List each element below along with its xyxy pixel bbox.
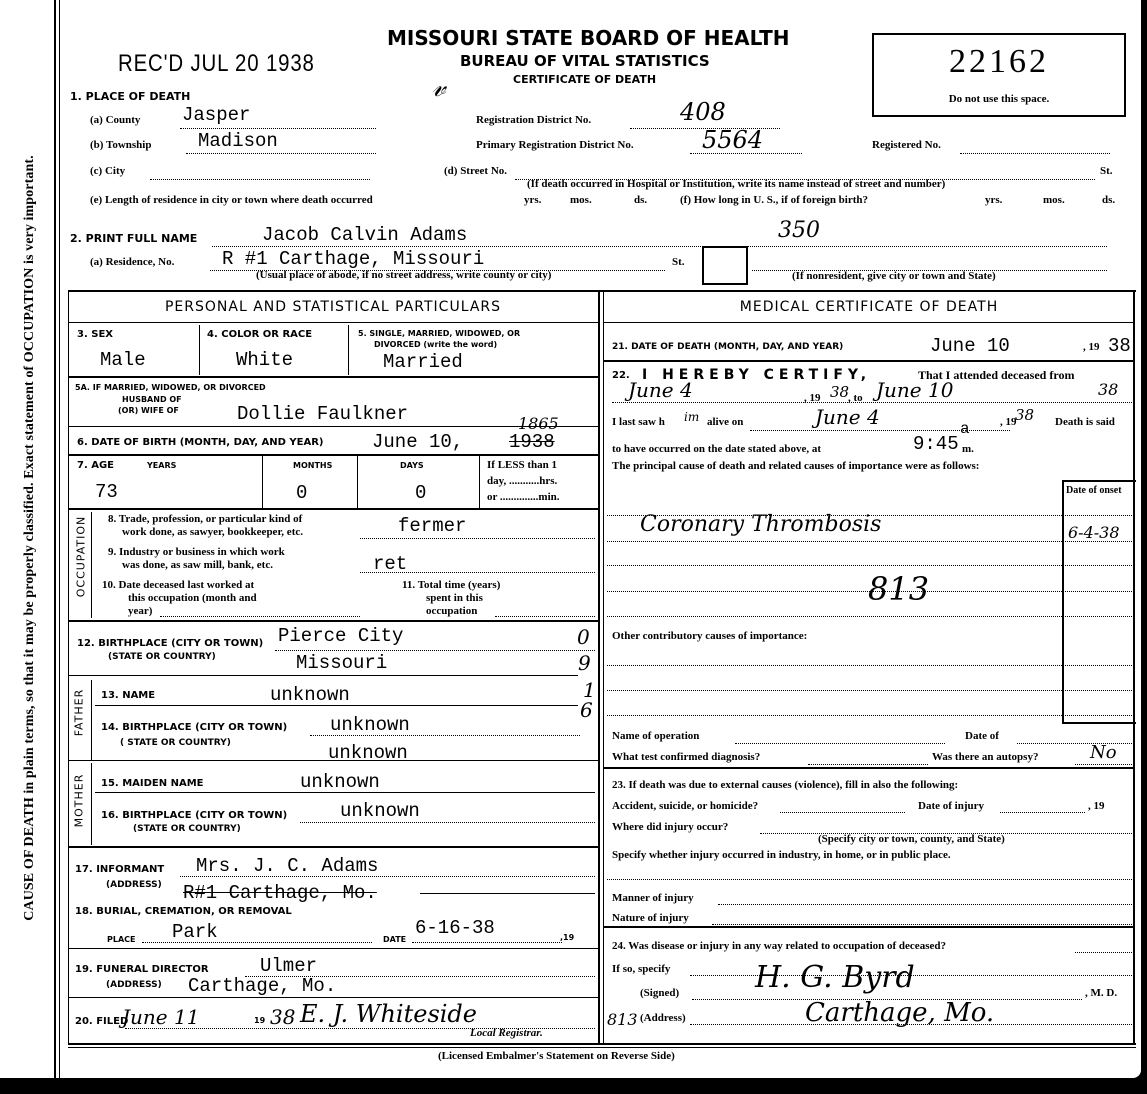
- industry-value[interactable]: ret: [373, 553, 407, 575]
- injury-where-label: Where did injury occur?: [612, 821, 728, 833]
- marital-label: 5. SINGLE, MARRIED, WIDOWED, OR: [358, 329, 520, 338]
- physician-address-value[interactable]: Carthage, Mo.: [805, 998, 994, 1028]
- years-label: YEARS: [147, 461, 176, 470]
- margin-code-9: 9: [578, 651, 591, 675]
- injury-specify-label: Specify whether injury occurred in indus…: [612, 849, 951, 861]
- registered-no-line: [960, 153, 1110, 154]
- county-value[interactable]: Jasper: [182, 104, 250, 126]
- spouse-value[interactable]: Dollie Faulkner: [237, 403, 408, 425]
- less-than-label: If LESS than 1: [487, 459, 557, 471]
- township-line: [186, 153, 376, 154]
- trade-label-2: work done, as sawyer, bookkeeper, etc.: [122, 526, 303, 538]
- mother-birthplace-city[interactable]: unknown: [340, 800, 420, 822]
- date-of-death-value[interactable]: June 10: [930, 335, 1010, 357]
- divider: [91, 512, 92, 618]
- margin-code-813: 813: [607, 1010, 638, 1029]
- divider: [604, 767, 1134, 769]
- funeral-address-label: (ADDRESS): [106, 980, 162, 990]
- street-note: (If death occurred in Hospital or Instit…: [527, 178, 945, 190]
- registration-district-value[interactable]: 408: [680, 98, 726, 126]
- onset-date-value[interactable]: 6-4-38: [1068, 523, 1120, 542]
- total-time-label-2: spent in this: [426, 592, 483, 604]
- last-worked-label-2: this occupation (month and: [128, 592, 257, 604]
- column-divider-inner: [603, 290, 604, 1045]
- father-birthplace-label: 14. BIRTHPLACE (CITY OR TOWN): [101, 722, 287, 733]
- foreign-mos-label: mos.: [1043, 194, 1065, 206]
- other-cause-line-1: [607, 665, 1132, 666]
- divider: [604, 322, 1134, 323]
- occupation-related-label: 24. Was disease or injury in any way rel…: [612, 940, 946, 952]
- injury-specify-line: [607, 879, 1132, 880]
- other-cause-line-2: [607, 690, 1132, 691]
- divider: [262, 456, 263, 508]
- injury-where-note: (Specify city or town, county, and State…: [818, 833, 1005, 845]
- divider: [199, 325, 200, 375]
- md-label: , M. D.: [1085, 987, 1117, 999]
- township-value[interactable]: Madison: [198, 130, 278, 152]
- father-name-label: 13. NAME: [101, 690, 155, 701]
- marital-label-2: DIVORCED (write the word): [374, 340, 497, 349]
- birthplace-label: 12. BIRTHPLACE (CITY OR TOWN): [77, 638, 263, 649]
- mother-maiden-label: 15. MAIDEN NAME: [101, 778, 203, 789]
- burial-place-value[interactable]: Park: [172, 921, 218, 943]
- onset-header: Date of onset: [1066, 485, 1122, 496]
- margin-code-6: 6: [580, 698, 593, 722]
- operation-label: Name of operation: [612, 730, 699, 742]
- informant-label: 17. INFORMANT: [75, 864, 164, 875]
- last-worked-label: 10. Date deceased last worked at: [102, 579, 254, 591]
- total-time-label: 11. Total time (years): [402, 579, 500, 591]
- place-of-death-label: 1. PLACE OF DEATH: [70, 90, 190, 103]
- last-worked-line: [160, 616, 360, 617]
- father-vertical-label: FATHER: [73, 678, 86, 748]
- burial-place-label: PLACE: [107, 935, 136, 944]
- manner-line: [718, 904, 1132, 905]
- street-label: (d) Street No.: [444, 165, 507, 177]
- street-suffix: St.: [1100, 165, 1113, 177]
- funeral-address-value[interactable]: Carthage, Mo.: [188, 975, 336, 997]
- injury-date-label: Date of injury: [918, 800, 984, 812]
- form-title: MISSOURI STATE BOARD OF HEALTH: [387, 26, 789, 50]
- residence-label: (a) Residence, No.: [90, 256, 174, 268]
- handwritten-check-mark: 𝓋: [432, 70, 446, 104]
- funeral-director-label: 19. FUNERAL DIRECTOR: [75, 964, 209, 975]
- occupation-related-line: [1075, 952, 1132, 953]
- last-saw-pronoun[interactable]: im: [684, 410, 699, 424]
- attended-line: [612, 402, 1132, 403]
- foreign-ds-label: ds.: [1102, 194, 1115, 206]
- filed-year-value[interactable]: 38: [270, 1005, 295, 1029]
- column-divider-outer: [598, 290, 600, 1045]
- informant-address-value[interactable]: R#1 Carthage, Mo.: [183, 882, 377, 904]
- filed-date-value[interactable]: June 11: [122, 1005, 199, 1029]
- divider: [68, 620, 598, 622]
- full-name-value[interactable]: Jacob Calvin Adams: [262, 224, 467, 246]
- funeral-director-value[interactable]: Ulmer: [260, 955, 317, 977]
- divider: [68, 1047, 1136, 1048]
- registered-no-label: Registered No.: [872, 139, 941, 151]
- physician-address-label: (Address): [640, 1012, 686, 1024]
- father-birthplace-city[interactable]: unknown: [330, 714, 410, 736]
- margin-code-0: 0: [577, 625, 590, 649]
- registrar-label: Local Registrar.: [470, 1027, 543, 1039]
- burial-label: 18. BURIAL, CREMATION, OR REMOVAL: [75, 906, 292, 917]
- autopsy-value[interactable]: No: [1090, 742, 1117, 763]
- spouse-label: 5A. IF MARRIED, WIDOWED, OR DIVORCED: [75, 383, 266, 392]
- attended-to-label: , to: [848, 392, 863, 404]
- nonresident-note: (If nonresident, give city or town and S…: [792, 270, 996, 282]
- last-saw-label: I last saw h: [612, 416, 665, 428]
- age-months-value[interactable]: 0: [296, 482, 307, 504]
- form-subtitle: BUREAU OF VITAL STATISTICS: [460, 52, 710, 70]
- main-grid-bottom: [68, 1043, 1136, 1045]
- race-value[interactable]: White: [236, 349, 293, 371]
- left-grid-border: [68, 290, 69, 1045]
- primary-registration-value[interactable]: 5564: [702, 126, 763, 154]
- burial-year-prefix: ,19: [560, 933, 574, 942]
- mother-birthplace-line: [300, 822, 595, 823]
- death-certificate-page: CAUSE OF DEATH in plain terms, so that i…: [0, 0, 1141, 1078]
- left-border-inner: [59, 0, 60, 1078]
- less-than-hrs: day, ...........hrs.: [487, 475, 557, 487]
- diagnosis-test-label: What test confirmed diagnosis?: [612, 751, 760, 763]
- full-name-line: [212, 246, 1107, 247]
- foreign-yrs-label: yrs.: [985, 194, 1002, 206]
- nature-line: [712, 924, 1132, 925]
- mother-birthplace-state-label: (STATE OR COUNTRY): [133, 824, 241, 834]
- burial-date-value[interactable]: 6-16-38: [415, 917, 495, 939]
- autopsy-line: [1075, 764, 1132, 765]
- manner-label: Manner of injury: [612, 892, 694, 904]
- principal-cause-label: The principal cause of death and related…: [612, 460, 979, 472]
- dob-year-corrected[interactable]: 1865: [518, 414, 559, 433]
- last-worked-label-3: year): [128, 605, 152, 617]
- divider: [91, 680, 92, 760]
- race-label: 4. COLOR OR RACE: [207, 329, 312, 340]
- alive-on-label: alive on: [707, 416, 743, 428]
- injury-year-prefix: , 19: [1088, 800, 1105, 812]
- dob-label: 6. DATE OF BIRTH (MONTH, DAY, AND YEAR): [77, 437, 324, 448]
- father-birthplace-state-label: ( STATE OR COUNTRY): [120, 738, 231, 748]
- cause-line-2: [607, 541, 1132, 542]
- father-name-value[interactable]: unknown: [270, 684, 350, 706]
- divider: [479, 456, 480, 508]
- divider: [95, 705, 578, 706]
- divider: [68, 322, 598, 323]
- meridiem-value[interactable]: a: [960, 420, 970, 438]
- time-occurred-label: to have occurred on the date stated abov…: [612, 443, 821, 455]
- residence-value[interactable]: R #1 Carthage, Missouri: [222, 248, 484, 270]
- autopsy-label: Was there an autopsy?: [932, 751, 1038, 763]
- side-instruction: CAUSE OF DEATH in plain terms, so that i…: [22, 18, 38, 1058]
- divider: [68, 948, 598, 949]
- registration-district-label: Registration District No.: [476, 114, 591, 126]
- birthplace-city-value[interactable]: Pierce City: [278, 625, 403, 647]
- age-days-value[interactable]: 0: [415, 482, 426, 504]
- form-name: CERTIFICATE OF DEATH: [513, 73, 656, 86]
- birthplace-state-label: (STATE OR COUNTRY): [108, 652, 216, 662]
- sex-value[interactable]: Male: [100, 349, 146, 371]
- operation-line: [735, 743, 945, 744]
- residence-mos-label: mos.: [570, 194, 592, 206]
- trade-label: 8. Trade, profession, or particular kind…: [108, 513, 302, 525]
- township-label: (b) Township: [90, 139, 151, 151]
- if-so-label: If so, specify: [612, 963, 670, 975]
- residence-length-label: (e) Length of residence in city or town …: [90, 194, 373, 206]
- sex-label: 3. SEX: [77, 329, 113, 340]
- attended-to-year[interactable]: 38: [1098, 380, 1118, 399]
- burial-date-label: DATE: [383, 935, 406, 944]
- mother-vertical-label: MOTHER: [73, 766, 86, 836]
- divider: [91, 763, 92, 845]
- dob-value[interactable]: June 10,: [372, 431, 463, 453]
- registrar-signature: E. J. Whiteside: [300, 1000, 477, 1028]
- margin-note-350: 350: [778, 218, 820, 243]
- last-saw-date-value[interactable]: June 4: [815, 405, 880, 429]
- dod-year-value[interactable]: 38: [1108, 335, 1131, 357]
- birthplace-state-value[interactable]: Missouri: [296, 652, 387, 674]
- time-of-death-value[interactable]: 9:45: [913, 433, 959, 455]
- main-grid-top: [68, 290, 1136, 292]
- signed-label: (Signed): [640, 987, 679, 999]
- birthplace-line: [275, 650, 595, 651]
- state-code-box[interactable]: [702, 246, 748, 285]
- occupation-vertical-label: OCCUPATION: [75, 512, 88, 602]
- certificate-number-box: 22162 Do not use this space.: [872, 33, 1126, 117]
- foreign-birth-label: (f) How long in U. S., if of foreign bir…: [680, 194, 868, 206]
- trade-value[interactable]: fermer: [398, 515, 466, 537]
- spouse-label-3: (OR) WIFE OF: [118, 406, 179, 415]
- divider: [68, 997, 598, 998]
- divider: [68, 454, 598, 456]
- attended-from-value[interactable]: June 4: [628, 378, 693, 402]
- age-label: 7. AGE: [77, 460, 114, 471]
- divider: [604, 926, 1134, 928]
- nature-label: Nature of injury: [612, 912, 689, 924]
- cause-code: 813: [868, 570, 929, 608]
- divider: [68, 760, 598, 761]
- personal-particulars-heading: PERSONAL AND STATISTICAL PARTICULARS: [68, 299, 598, 315]
- city-line: [150, 179, 370, 180]
- mother-maiden-value[interactable]: unknown: [300, 771, 380, 793]
- marital-value[interactable]: Married: [383, 351, 463, 373]
- industry-label: 9. Industry or business in which work: [108, 546, 285, 558]
- divider: [604, 360, 1134, 362]
- divider: [95, 792, 595, 793]
- death-said-label: Death is said: [1055, 416, 1115, 428]
- industry-label-2: was done, as saw mill, bank, etc.: [122, 559, 273, 571]
- attended-to-value[interactable]: June 10: [876, 378, 953, 402]
- diagnosis-test-line: [808, 764, 928, 765]
- residence-note: (Usual place of abode, if no street addr…: [256, 269, 551, 281]
- divider: [68, 376, 598, 378]
- left-border-outer: [54, 0, 56, 1078]
- last-saw-year[interactable]: 38: [1015, 406, 1034, 424]
- accident-label: Accident, suicide, or homicide?: [612, 800, 758, 812]
- medical-certificate-heading: MEDICAL CERTIFICATE OF DEATH: [604, 299, 1134, 315]
- total-time-line: [495, 616, 595, 617]
- county-label: (a) County: [90, 114, 140, 126]
- principal-cause-value[interactable]: Coronary Thrombosis: [640, 512, 881, 537]
- other-causes-label: Other contributory causes of importance:: [612, 630, 807, 642]
- residence-st-label: St.: [672, 256, 685, 268]
- received-stamp: REC'D JUL 20 1938: [118, 50, 315, 78]
- last-saw-line: [750, 430, 1010, 431]
- less-than-min: or ..............min.: [487, 491, 560, 503]
- filed-year-prefix: 19: [254, 1016, 265, 1025]
- cause-line-3: [607, 565, 1132, 566]
- operation-date-label: Date of: [965, 730, 999, 742]
- certificate-number: 22162: [874, 43, 1124, 81]
- city-label: (c) City: [90, 165, 125, 177]
- age-years-value[interactable]: 73: [95, 481, 118, 503]
- days-label: DAYS: [400, 461, 424, 470]
- dob-year-struck: 1938: [509, 431, 555, 453]
- office-use-note: Do not use this space.: [874, 93, 1124, 105]
- divider: [68, 846, 598, 848]
- informant-address-label: (ADDRESS): [106, 880, 162, 890]
- county-line: [180, 128, 376, 129]
- divider: [68, 675, 578, 676]
- embalmer-statement-note: (Licensed Embalmer's Statement on Revers…: [438, 1050, 675, 1062]
- informant-value[interactable]: Mrs. J. C. Adams: [196, 855, 378, 877]
- burial-date-line: [412, 942, 562, 943]
- spouse-label-2: HUSBAND OF: [122, 395, 182, 404]
- months-label: MONTHS: [293, 461, 332, 470]
- mother-birthplace-label: 16. BIRTHPLACE (CITY OR TOWN): [101, 810, 287, 821]
- divider: [420, 893, 595, 894]
- primary-registration-label: Primary Registration District No.: [476, 139, 634, 151]
- other-cause-line-3: [607, 715, 1132, 716]
- filed-label: 20. FILED: [75, 1016, 128, 1027]
- attended-from-year-prefix: , 19: [804, 392, 821, 404]
- cause-line-5: [607, 616, 1132, 617]
- divider: [357, 456, 358, 508]
- residence-yrs-label: yrs.: [524, 194, 541, 206]
- trade-line: [360, 538, 595, 539]
- divider: [348, 325, 349, 375]
- accident-line: [780, 812, 905, 813]
- physician-signature: H. G. Byrd: [755, 960, 915, 995]
- total-time-label-3: occupation: [426, 605, 477, 617]
- dod-year-prefix: , 19: [1083, 341, 1100, 353]
- date-of-death-label: 21. DATE OF DEATH (MONTH, DAY, AND YEAR): [612, 342, 843, 352]
- injury-date-line: [1000, 812, 1085, 813]
- residence-ds-label: ds.: [634, 194, 647, 206]
- meridiem-suffix: m.: [962, 443, 974, 455]
- external-causes-label: 23. If death was due to external causes …: [612, 779, 958, 791]
- attended-from-year[interactable]: 38: [830, 383, 849, 401]
- full-name-label: 2. PRINT FULL NAME: [70, 232, 197, 245]
- divider: [68, 508, 598, 510]
- onset-column: [1062, 480, 1136, 724]
